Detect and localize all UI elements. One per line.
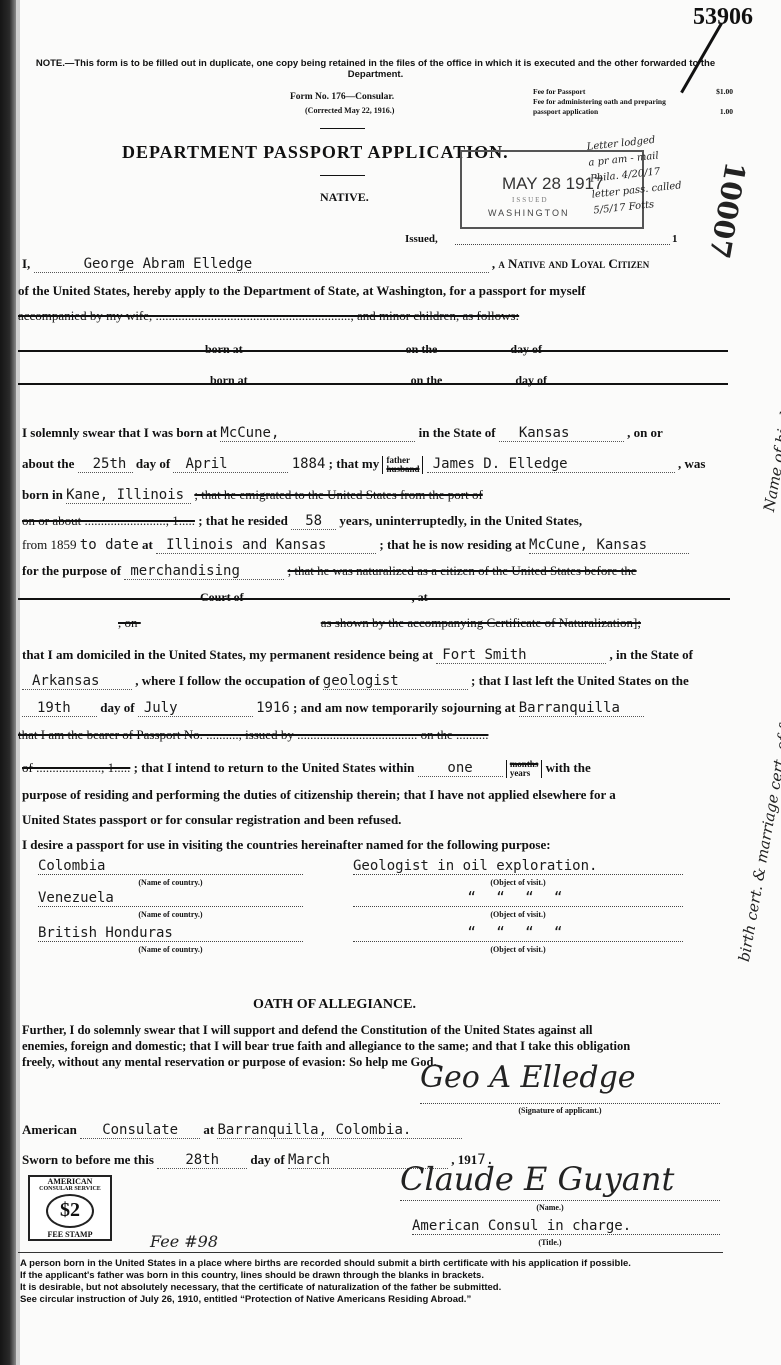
left-month: July	[138, 700, 253, 717]
purpose-row: for the purpose of merchandising ; that …	[22, 563, 729, 580]
birthplace-row: I solemnly swear that I was born at McCu…	[22, 425, 729, 442]
fee-note: Fee #98	[150, 1232, 218, 1251]
footnote-2: If the applicant's father was born in th…	[20, 1270, 725, 1282]
desire-text: I desire a passport for use in visiting …	[22, 837, 729, 853]
years-resided: 58	[291, 513, 336, 530]
stamp-date: MAY 28 1917	[502, 174, 603, 194]
corrected-date: (Corrected May 22, 1916.)	[305, 106, 394, 115]
margin-number: 10007	[703, 159, 752, 261]
official-title: American Consul in charge.	[412, 1218, 720, 1235]
resided-row: on or about ........................., 1…	[22, 513, 729, 530]
father-occupation: merchandising	[124, 563, 284, 580]
birthplace: McCune,	[220, 425, 415, 442]
child-row-2: born at on the day of	[210, 372, 729, 388]
binding-shadow	[16, 0, 20, 1365]
fee-list: Fee for Passport $1.00 Fee for administe…	[533, 87, 733, 117]
purpose-text: purpose of residing and performing the d…	[22, 787, 729, 803]
footnotes: A person born in the United States in a …	[20, 1258, 725, 1306]
applicant-occupation: geologist	[323, 673, 468, 690]
consulate-row: American Consulate at Barranquilla, Colo…	[22, 1122, 729, 1139]
left-year: 1916	[256, 700, 290, 716]
sojourning-place: Barranquilla	[519, 700, 644, 717]
divider	[320, 128, 365, 129]
object-3: “ “ “ “	[353, 925, 683, 942]
applicant-signature: Geo A Elledge	[420, 1060, 636, 1095]
residence-row: from 1859 to date at Illinois and Kansas…	[22, 537, 729, 554]
domicile-row: that I am domiciled in the United States…	[22, 647, 729, 664]
child-row-1: born at on the day of	[205, 341, 729, 357]
stamp-handwritten-notes: Letter lodged a pr am - mail Phila. 4/20…	[586, 130, 684, 219]
passport-application-page: 53906 NOTE.—This form is to be filled ou…	[0, 0, 781, 1365]
divider	[18, 1252, 723, 1253]
birth-day: 25th	[78, 456, 133, 473]
domicile-city: Fort Smith	[436, 647, 606, 664]
certificate-row: , on as shown by the accompanying Certif…	[18, 615, 729, 631]
country-3: British Honduras	[38, 925, 303, 942]
fee-stamp: AMERICAN CONSULAR SERVICE $2 FEE STAMP	[28, 1175, 112, 1241]
birth-month: April	[173, 456, 288, 473]
court-row: Court of , at	[200, 589, 729, 605]
left-date-row: 19th day of July 1916 ; and am now tempo…	[22, 700, 729, 717]
page-subtitle: NATIVE.	[320, 190, 369, 205]
note-text: NOTE.—This form is to be filled out in d…	[18, 58, 733, 80]
fee-row-passport: Fee for Passport $1.00	[533, 87, 733, 97]
left-day: 19th	[22, 700, 97, 717]
return-row: of ...................., 1..... ; that I…	[22, 760, 729, 778]
father-birthplace-row: born in Kane, Illinois ; that he emigrat…	[22, 487, 729, 504]
margin-note-1: Name of his birth date 11/20/17	[760, 270, 781, 513]
apply-text: of the United States, hereby apply to th…	[18, 283, 729, 299]
fee-amount: $2	[46, 1194, 94, 1228]
consulate-location: Barranquilla, Colombia.	[217, 1122, 462, 1139]
domicile-state: Arkansas	[22, 673, 132, 690]
birth-year: 1884	[292, 456, 326, 472]
issued-year: 1	[672, 233, 678, 245]
footnote-1: A person born in the United States in a …	[20, 1258, 725, 1270]
office-type: Consulate	[80, 1122, 200, 1139]
binding-edge	[0, 0, 16, 1365]
oath-heading: OATH OF ALLEGIANCE.	[253, 997, 416, 1013]
issued-label: Issued,	[405, 233, 438, 245]
birthdate-row: about the 25th day of April 1884 ; that …	[22, 456, 729, 474]
applicant-row: I, George Abram Elledge , a Native and L…	[22, 256, 729, 273]
file-number: 53906	[693, 4, 753, 31]
father-husband-bracket: father husband	[382, 456, 423, 474]
sworn-day: 28th	[157, 1152, 247, 1169]
form-number: Form No. 176—Consular.	[290, 92, 394, 102]
applicant-name: George Abram Elledge	[34, 256, 489, 273]
divider	[320, 175, 365, 176]
official-signature: Claude E Guyant	[400, 1160, 674, 1198]
refused-text: United States passport or for consular r…	[22, 812, 729, 828]
footnote-3: It is desirable, but not absolutely nece…	[20, 1282, 725, 1294]
accompanied-text: accompanied by my wife, ................…	[18, 308, 729, 324]
passport-row: that I am the bearer of Passport No. ...…	[18, 727, 729, 743]
occupation-row: Arkansas , where I follow the occupation…	[22, 673, 729, 690]
fee-row-oath: Fee for administering oath and preparing…	[533, 97, 733, 117]
birth-state: Kansas	[499, 425, 624, 442]
object-1: Geologist in oil exploration.	[353, 858, 683, 875]
page-title: DEPARTMENT PASSPORT APPLICATION.	[122, 142, 509, 163]
footnote-4: See circular instruction of July 26, 191…	[20, 1294, 725, 1306]
father-name: James D. Elledge	[427, 456, 675, 473]
object-2: “ “ “ “	[353, 890, 683, 907]
margin-note-2: birth cert. & marriage cert. of father	[735, 684, 781, 963]
return-period: one	[418, 760, 503, 777]
current-residence: McCune, Kansas	[529, 537, 689, 554]
father-birthplace: Kane, Illinois	[66, 487, 191, 504]
months-years-bracket: months years	[506, 760, 543, 778]
country-2: Venezuela	[38, 890, 303, 907]
residence-places: Illinois and Kansas	[156, 537, 376, 554]
country-1: Colombia	[38, 858, 303, 875]
